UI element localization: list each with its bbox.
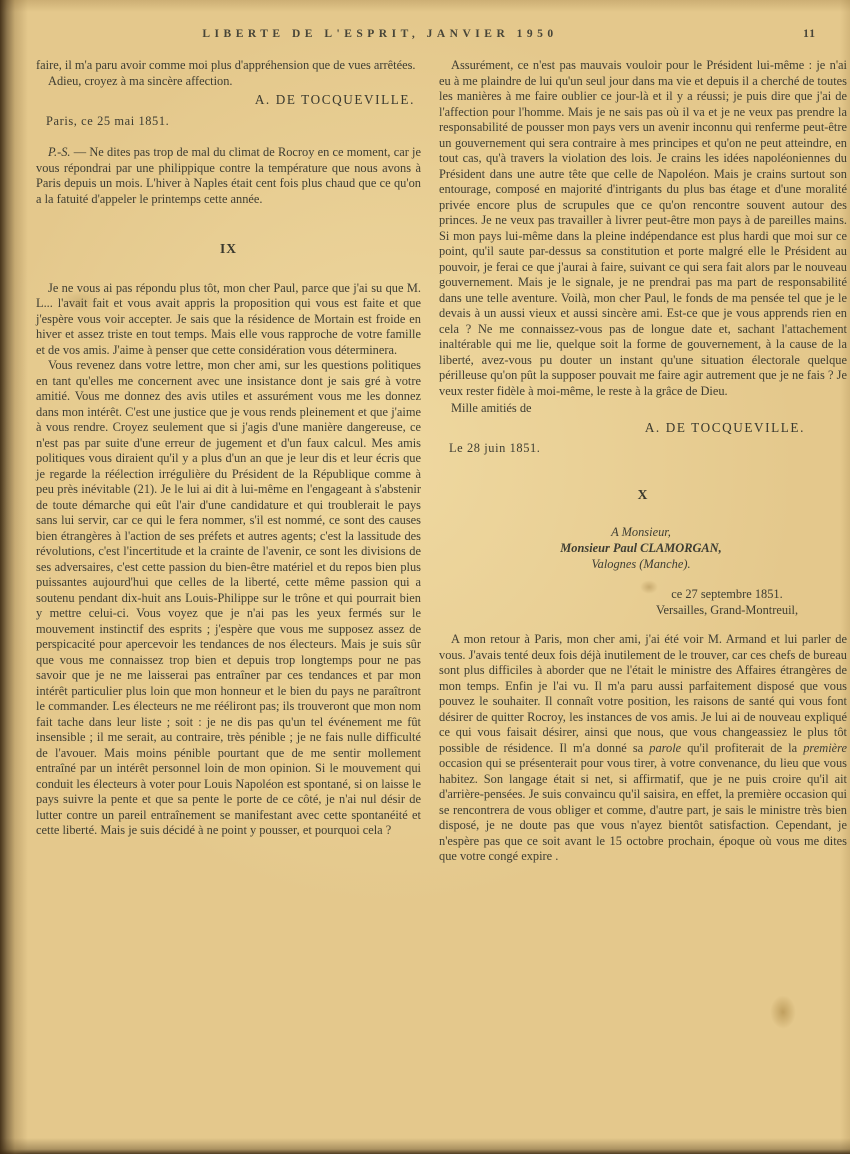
emphasized-word: première: [803, 741, 847, 755]
letter-paragraph: A mon retour à Paris, mon cher ami, j'ai…: [439, 632, 847, 865]
magazine-page: LIBERTE DE L'ESPRIT, JANVIER 1950 11 fai…: [0, 0, 850, 1154]
addressee-block: A Monsieur, Monsieur Paul CLAMORGAN, Val…: [501, 524, 781, 572]
addressee-place: Valognes (Manche).: [501, 556, 781, 572]
letter-paragraph: Vous revenez dans votre lettre, mon cher…: [36, 358, 421, 839]
right-column: Assurément, ce n'est pas mauvais vouloir…: [439, 58, 847, 865]
signature-tocqueville: A. DE TOCQUEVILLE.: [439, 420, 847, 436]
signature-tocqueville: A. DE TOCQUEVILLE.: [36, 92, 421, 108]
paragraph-text: qu'il profiterait de la: [681, 741, 803, 755]
left-column: faire, il m'a paru avoir comme moi plus …: [36, 58, 421, 865]
letter-paragraph: Je ne vous ai pas répondu plus tôt, mon …: [36, 281, 421, 359]
emphasized-word: parole: [649, 741, 681, 755]
page-header: LIBERTE DE L'ESPRIT, JANVIER 1950 11: [0, 0, 850, 58]
two-column-text: faire, il m'a paru avoir comme moi plus …: [0, 58, 850, 865]
journal-title: LIBERTE DE L'ESPRIT, JANVIER 1950: [0, 28, 760, 40]
addressee-name: Monsieur Paul CLAMORGAN,: [501, 540, 781, 556]
letter-paragraph: Assurément, ce n'est pas mauvais vouloir…: [439, 58, 847, 399]
addressee-line: A Monsieur,: [501, 524, 781, 540]
section-heading-ix: IX: [36, 241, 421, 257]
page-number: 11: [803, 28, 816, 40]
place-date-line: ce 27 septembre 1851.: [607, 586, 847, 602]
ps-text: — Ne dites pas trop de mal du climat de …: [36, 145, 421, 206]
dateline-paris: Paris, ce 25 mai 1851.: [46, 114, 421, 130]
paragraph-text: occasion qui se présenterait pour vous t…: [439, 756, 847, 863]
place-date-block: ce 27 septembre 1851. Versailles, Grand-…: [607, 586, 847, 618]
paragraph-text: A mon retour à Paris, mon cher ami, j'ai…: [439, 632, 847, 755]
letter-farewell: Adieu, croyez à ma sincère affection.: [36, 74, 421, 90]
paper-stain: [770, 995, 796, 1029]
section-heading-x: X: [439, 487, 847, 503]
place-date-line: Versailles, Grand-Montreuil,: [607, 602, 847, 618]
ps-label: P.-S.: [48, 145, 71, 159]
postscript: P.-S. — Ne dites pas trop de mal du clim…: [36, 145, 421, 207]
letter-closing: Mille amitiés de: [439, 401, 847, 417]
letter-continuation: faire, il m'a paru avoir comme moi plus …: [36, 58, 421, 74]
dateline-june: Le 28 juin 1851.: [449, 441, 847, 457]
